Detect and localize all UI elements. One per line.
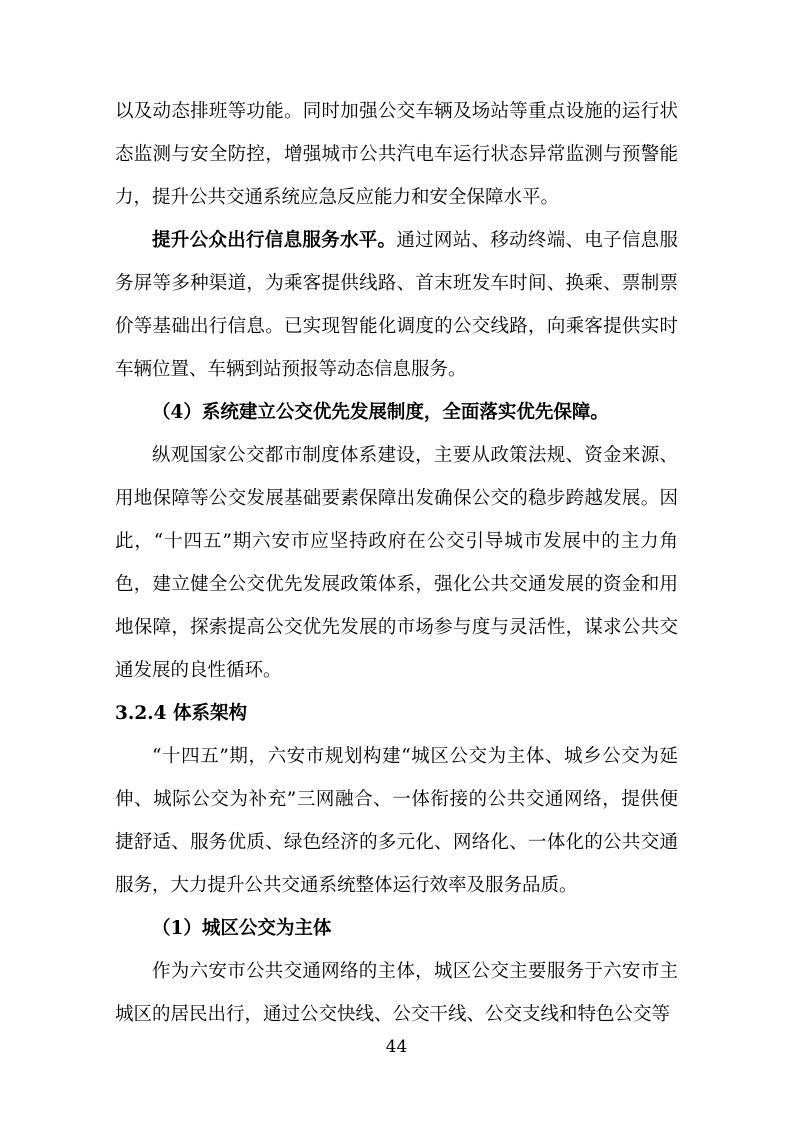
page-body: 以及动态排班等功能。同时加强公交车辆及场站等重点设施的运行状态监测与安全防控，增… bbox=[115, 90, 678, 1036]
heading-item-1: （1）城区公交为主体 bbox=[115, 907, 678, 950]
paragraph-info-service-text: 通过网站、移动终端、电子信息服务屏等多种渠道，为乘客提供线路、首末班发车时间、换… bbox=[115, 230, 678, 380]
heading-item-4: （4）系统建立公交优先发展制度，全面落实优先保障。 bbox=[115, 391, 678, 434]
paragraph-info-service: 提升公众出行信息服务水平。通过网站、移动终端、电子信息服务屏等多种渠道，为乘客提… bbox=[115, 219, 678, 391]
paragraph-network-structure: “十四五”期，六安市规划构建“城区公交为主体、城乡公交为延伸、城际公交为补充”三… bbox=[115, 735, 678, 907]
paragraph-urban-bus: 作为六安市公共交通网络的主体，城区公交主要服务于六安市主城区的居民出行，通过公交… bbox=[115, 950, 678, 1036]
paragraph-info-service-lead: 提升公众出行信息服务水平。 bbox=[152, 230, 396, 251]
section-heading-3-2-4: 3.2.4 体系架构 bbox=[115, 692, 678, 735]
paragraph-transit-priority: 纵观国家公交都市制度体系建设，主要从政策法规、资金来源、用地保障等公交发展基础要… bbox=[115, 434, 678, 692]
paragraph-dynamic-scheduling: 以及动态排班等功能。同时加强公交车辆及场站等重点设施的运行状态监测与安全防控，增… bbox=[115, 90, 678, 219]
page-number: 44 bbox=[0, 1036, 793, 1058]
document-page: 以及动态排班等功能。同时加强公交车辆及场站等重点设施的运行状态监测与安全防控，增… bbox=[0, 0, 793, 1122]
